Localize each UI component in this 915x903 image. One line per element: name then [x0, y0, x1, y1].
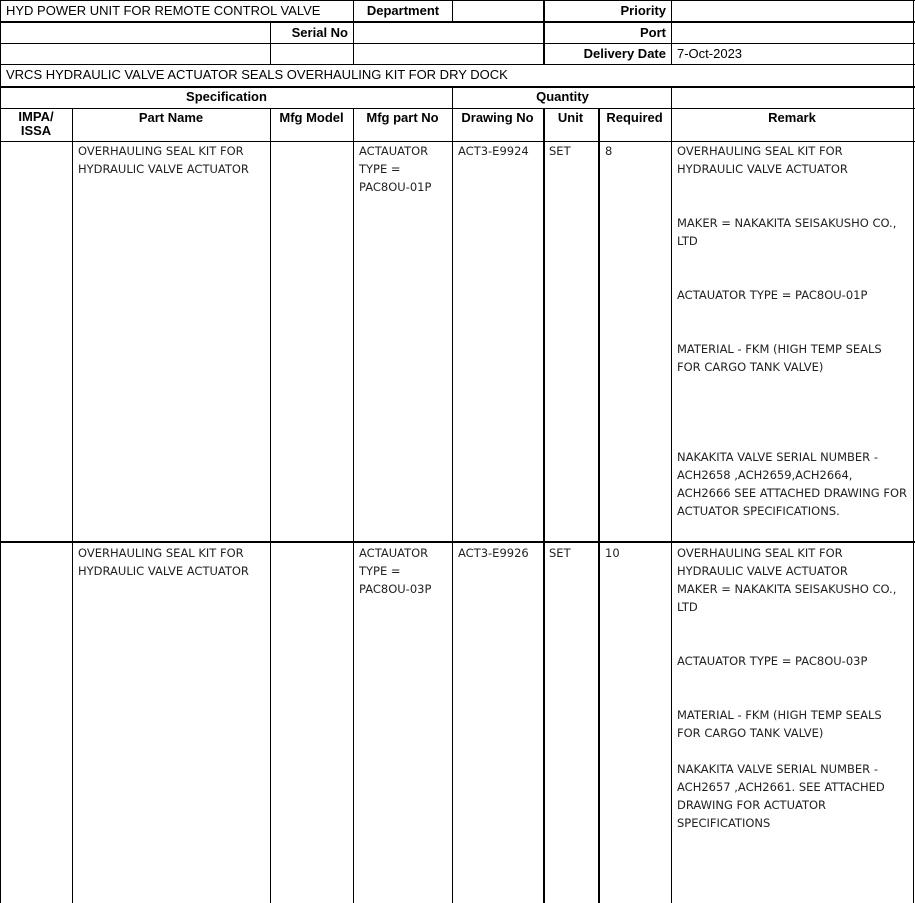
- divider: [0, 21, 915, 23]
- remark-line: ACTAUATOR TYPE = PAC8OU-01P: [677, 286, 909, 304]
- subject-line: VRCS HYDRAULIC VALVE ACTUATOR SEALS OVER…: [6, 67, 508, 83]
- divider: [72, 109, 73, 903]
- divider: [353, 109, 354, 903]
- column-header-unit: Unit: [543, 110, 598, 126]
- column-header-part-name: Part Name: [72, 110, 270, 126]
- row-unit: SET: [549, 142, 595, 160]
- divider: [0, 108, 915, 109]
- quantity-group-header: Quantity: [453, 89, 672, 105]
- column-header-impa: IMPA/ ISSA: [0, 110, 72, 138]
- column-header-mfg-model: Mfg Model: [270, 110, 353, 126]
- divider: [671, 87, 672, 903]
- serial-no-label: Serial No: [271, 25, 348, 41]
- divider: [671, 0, 672, 65]
- document-title: HYD POWER UNIT FOR REMOTE CONTROL VALVE: [6, 3, 320, 19]
- divider: [0, 64, 915, 65]
- row-part-name: OVERHAULING SEAL KIT FOR HYDRAULIC VALVE…: [78, 142, 266, 178]
- remark-line: OVERHAULING SEAL KIT FOR HYDRAULIC VALVE…: [677, 142, 909, 178]
- port-label: Port: [545, 25, 666, 41]
- remark-line: MAKER = NAKAKITA SEISAKUSHO CO., LTD: [677, 214, 909, 250]
- remark-line: ACTAUATOR TYPE = PAC8OU-03P: [677, 652, 909, 670]
- remark-line: NAKAKITA VALVE SERIAL NUMBER - ACH2657 ,…: [677, 760, 909, 832]
- row-remark: OVERHAULING SEAL KIT FOR HYDRAULIC VALVE…: [677, 142, 909, 520]
- divider: [0, 43, 915, 44]
- delivery-date-label: Delivery Date: [545, 46, 666, 62]
- column-header-remark: Remark: [671, 110, 913, 126]
- divider: [543, 109, 545, 903]
- row-part-name: OVERHAULING SEAL KIT FOR HYDRAULIC VALVE…: [78, 544, 266, 580]
- row-drawing-no: ACT3-E9924: [458, 142, 542, 160]
- remark-line: MAKER = NAKAKITA SEISAKUSHO CO., LTD: [677, 580, 909, 616]
- row-unit: SET: [549, 544, 595, 562]
- specification-group-header: Specification: [0, 89, 453, 105]
- remark-line: OVERHAULING SEAL KIT FOR HYDRAULIC VALVE…: [677, 544, 909, 580]
- delivery-date-value[interactable]: 7-Oct-2023: [677, 46, 742, 62]
- row-divider: [0, 541, 915, 543]
- border-right: [913, 0, 914, 903]
- divider: [0, 86, 915, 88]
- row-required: 8: [605, 142, 667, 160]
- remark-line: NAKAKITA VALVE SERIAL NUMBER - ACH2658 ,…: [677, 448, 909, 520]
- divider: [452, 87, 453, 903]
- column-header-drawing-no: Drawing No: [452, 110, 543, 126]
- divider: [353, 22, 354, 65]
- border-top: [0, 0, 915, 1]
- divider: [270, 109, 271, 903]
- row-remark: OVERHAULING SEAL KIT FOR HYDRAULIC VALVE…: [677, 544, 909, 832]
- remark-line: MATERIAL - FKM (HIGH TEMP SEALS FOR CARG…: [677, 340, 909, 376]
- remark-line: MATERIAL - FKM (HIGH TEMP SEALS FOR CARG…: [677, 706, 909, 742]
- priority-label: Priority: [545, 3, 666, 19]
- row-mfg-part-no: ACTAUATOR TYPE = PAC8OU-03P: [359, 544, 445, 598]
- row-drawing-no: ACT3-E9926: [458, 544, 542, 562]
- row-mfg-part-no: ACTAUATOR TYPE = PAC8OU-01P: [359, 142, 445, 196]
- column-header-required: Required: [598, 110, 671, 126]
- divider: [452, 0, 453, 22]
- row-required: 10: [605, 544, 667, 562]
- divider: [598, 109, 600, 903]
- department-label: Department: [354, 3, 452, 19]
- column-header-mfg-part-no: Mfg part No: [353, 110, 452, 126]
